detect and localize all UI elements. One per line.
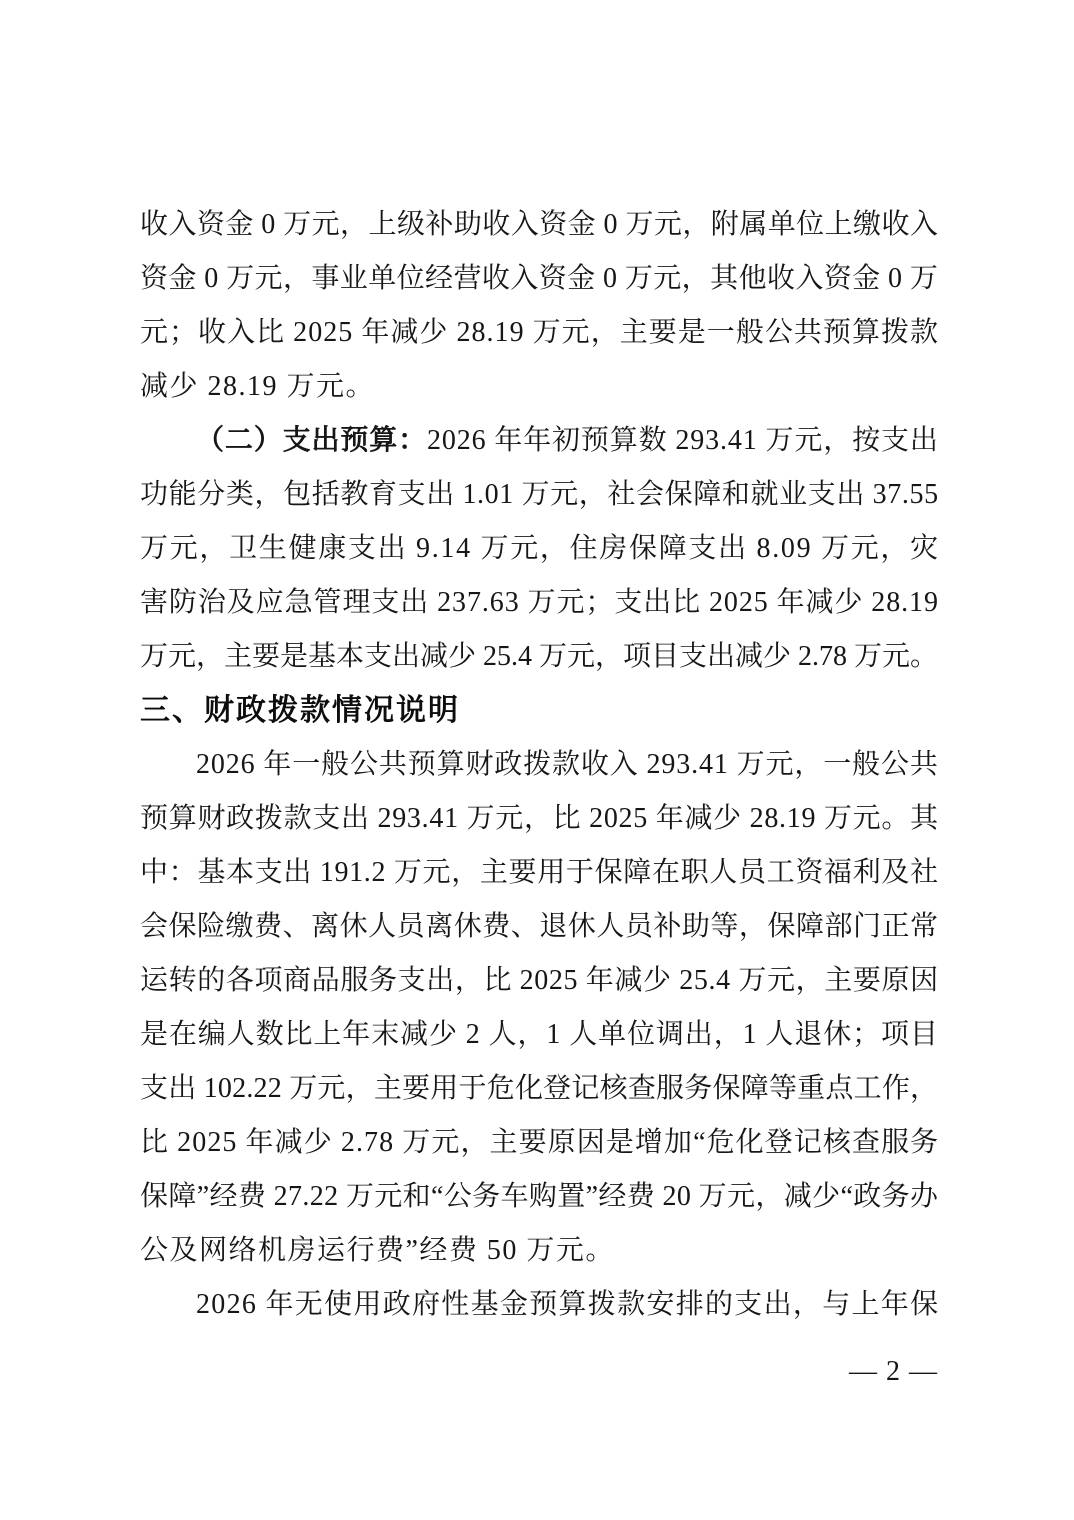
text-segment-bold: （二）支出预算： xyxy=(196,425,427,456)
text-segment: 运转的各项商品服务支出，比 2025 年减少 25.4 万元，主要原因 xyxy=(140,965,939,996)
text-segment: 害防治及应急管理支出 237.63 万元；支出比 2025 年减少 28.19 xyxy=(140,587,939,618)
text-line: 预算财政拨款支出 293.41 万元，比 2025 年减少 28.19 万元。其 xyxy=(140,792,938,846)
text-segment: 2026 年一般公共预算财政拨款收入 293.41 万元，一般公共 xyxy=(196,749,939,780)
text-segment: 2026 年无使用政府性基金预算拨款安排的支出，与上年保 xyxy=(196,1289,939,1320)
document-page: 收入资金 0 万元，上级补助收入资金 0 万元，附属单位上缴收入资金 0 万元，… xyxy=(0,0,1074,1520)
text-line-content: 万元，卫生健康支出 9.14 万元，住房保障支出 8.09 万元，灾 xyxy=(140,533,940,564)
text-line-content: 会保险缴费、离休人员离休费、退休人员补助等，保障部门正常 xyxy=(140,911,939,942)
text-line: 会保险缴费、离休人员离休费、退休人员补助等，保障部门正常 xyxy=(140,900,938,954)
text-line-content: 万元，主要是基本支出减少 25.4 万元，项目支出减少 2.78 万元。 xyxy=(140,641,938,672)
text-line-content: 中：基本支出 191.2 万元，主要用于保障在职人员工资福利及社 xyxy=(140,857,939,888)
text-line: 万元，卫生健康支出 9.14 万元，住房保障支出 8.09 万元，灾 xyxy=(140,522,938,576)
text-segment: 支出 102.22 万元，主要用于危化登记核查服务保障等重点工作， xyxy=(140,1073,938,1104)
text-line: 2026 年无使用政府性基金预算拨款安排的支出，与上年保 xyxy=(140,1278,938,1332)
text-line: （二）支出预算：2026 年年初预算数 293.41 万元，按支出 xyxy=(140,414,938,468)
text-line-content: 预算财政拨款支出 293.41 万元，比 2025 年减少 28.19 万元。其 xyxy=(140,803,939,834)
text-segment: 中：基本支出 191.2 万元，主要用于保障在职人员工资福利及社 xyxy=(140,857,939,888)
text-line: 比 2025 年减少 2.78 万元，主要原因是增加“危化登记核查服务 xyxy=(140,1116,938,1170)
text-line: 公及网络机房运行费”经费 50 万元。 xyxy=(140,1224,938,1278)
text-segment: 资金 0 万元，事业单位经营收入资金 0 万元，其他收入资金 0 万 xyxy=(140,263,938,294)
text-line: 收入资金 0 万元，上级补助收入资金 0 万元，附属单位上缴收入 xyxy=(140,198,938,252)
text-line-content: （二）支出预算：2026 年年初预算数 293.41 万元，按支出 xyxy=(196,425,939,456)
text-line: 支出 102.22 万元，主要用于危化登记核查服务保障等重点工作， xyxy=(140,1062,938,1116)
text-segment: 是在编人数比上年末减少 2 人，1 人单位调出，1 人退休；项目 xyxy=(140,1019,939,1050)
text-line: 元；收入比 2025 年减少 28.19 万元，主要是一般公共预算拨款 xyxy=(140,306,938,360)
text-segment: 万元，主要是基本支出减少 25.4 万元，项目支出减少 2.78 万元。 xyxy=(140,641,938,672)
text-segment-bold: 三、财政拨款情况说明 xyxy=(140,694,460,727)
text-line: 减少 28.19 万元。 xyxy=(140,360,938,414)
text-segment: 预算财政拨款支出 293.41 万元，比 2025 年减少 28.19 万元。其 xyxy=(140,803,939,834)
text-line-content: 保障”经费 27.22 万元和“公务车购置”经费 20 万元，减少“政务办 xyxy=(140,1181,938,1212)
text-line-content: 功能分类，包括教育支出 1.01 万元，社会保障和就业支出 37.55 xyxy=(140,479,939,510)
page-number: — 2 — xyxy=(140,1352,938,1392)
text-line: 三、财政拨款情况说明 xyxy=(140,684,938,738)
text-line-content: 支出 102.22 万元，主要用于危化登记核查服务保障等重点工作， xyxy=(140,1073,938,1104)
text-segment: 比 2025 年减少 2.78 万元，主要原因是增加“危化登记核查服务 xyxy=(140,1127,939,1158)
text-line: 功能分类，包括教育支出 1.01 万元，社会保障和就业支出 37.55 xyxy=(140,468,938,522)
text-line-content: 三、财政拨款情况说明 xyxy=(140,694,460,727)
text-line-content: 运转的各项商品服务支出，比 2025 年减少 25.4 万元，主要原因 xyxy=(140,965,939,996)
text-line-content: 害防治及应急管理支出 237.63 万元；支出比 2025 年减少 28.19 xyxy=(140,587,939,618)
text-line: 是在编人数比上年末减少 2 人，1 人单位调出，1 人退休；项目 xyxy=(140,1008,938,1062)
text-line-content: 资金 0 万元，事业单位经营收入资金 0 万元，其他收入资金 0 万 xyxy=(140,263,938,294)
text-segment: 收入资金 0 万元，上级补助收入资金 0 万元，附属单位上缴收入 xyxy=(140,209,938,240)
text-segment: 元；收入比 2025 年减少 28.19 万元，主要是一般公共预算拨款 xyxy=(140,317,939,348)
text-line: 运转的各项商品服务支出，比 2025 年减少 25.4 万元，主要原因 xyxy=(140,954,938,1008)
text-line-content: 减少 28.19 万元。 xyxy=(140,371,375,402)
text-line-content: 比 2025 年减少 2.78 万元，主要原因是增加“危化登记核查服务 xyxy=(140,1127,939,1158)
para-fiscal-appropriation-details: 2026 年一般公共预算财政拨款收入 293.41 万元，一般公共预算财政拨款支… xyxy=(140,738,938,1278)
text-line-content: 收入资金 0 万元，上级补助收入资金 0 万元，附属单位上缴收入 xyxy=(140,209,938,240)
text-segment: 减少 28.19 万元。 xyxy=(140,371,375,402)
para-expenditure-budget: （二）支出预算：2026 年年初预算数 293.41 万元，按支出功能分类，包括… xyxy=(140,414,938,684)
heading-fiscal-appropriation: 三、财政拨款情况说明 xyxy=(140,684,938,738)
text-line-content: 2026 年无使用政府性基金预算拨款安排的支出，与上年保 xyxy=(196,1289,939,1320)
para-government-fund: 2026 年无使用政府性基金预算拨款安排的支出，与上年保 xyxy=(140,1278,938,1332)
text-segment: 公及网络机房运行费”经费 50 万元。 xyxy=(140,1235,615,1266)
text-line-content: 公及网络机房运行费”经费 50 万元。 xyxy=(140,1235,615,1266)
text-segment: 功能分类，包括教育支出 1.01 万元，社会保障和就业支出 37.55 xyxy=(140,479,939,510)
para-income-budget-continuation: 收入资金 0 万元，上级补助收入资金 0 万元，附属单位上缴收入资金 0 万元，… xyxy=(140,198,938,414)
text-line: 害防治及应急管理支出 237.63 万元；支出比 2025 年减少 28.19 xyxy=(140,576,938,630)
text-line: 保障”经费 27.22 万元和“公务车购置”经费 20 万元，减少“政务办 xyxy=(140,1170,938,1224)
text-line-content: 是在编人数比上年末减少 2 人，1 人单位调出，1 人退休；项目 xyxy=(140,1019,939,1050)
text-line: 万元，主要是基本支出减少 25.4 万元，项目支出减少 2.78 万元。 xyxy=(140,630,938,684)
text-segment: 会保险缴费、离休人员离休费、退休人员补助等，保障部门正常 xyxy=(140,911,939,942)
text-line-content: 元；收入比 2025 年减少 28.19 万元，主要是一般公共预算拨款 xyxy=(140,317,939,348)
text-segment: 万元，卫生健康支出 9.14 万元，住房保障支出 8.09 万元，灾 xyxy=(140,533,940,564)
document-body: 收入资金 0 万元，上级补助收入资金 0 万元，附属单位上缴收入资金 0 万元，… xyxy=(140,198,938,1332)
text-line: 资金 0 万元，事业单位经营收入资金 0 万元，其他收入资金 0 万 xyxy=(140,252,938,306)
text-line: 2026 年一般公共预算财政拨款收入 293.41 万元，一般公共 xyxy=(140,738,938,792)
text-line-content: 2026 年一般公共预算财政拨款收入 293.41 万元，一般公共 xyxy=(196,749,939,780)
text-line: 中：基本支出 191.2 万元，主要用于保障在职人员工资福利及社 xyxy=(140,846,938,900)
text-segment: 2026 年年初预算数 293.41 万元，按支出 xyxy=(427,425,939,456)
text-segment: 保障”经费 27.22 万元和“公务车购置”经费 20 万元，减少“政务办 xyxy=(140,1181,938,1212)
